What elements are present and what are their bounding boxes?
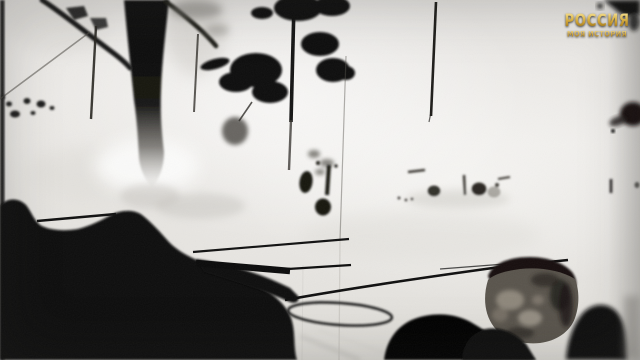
watermark-title: РОССИЯ xyxy=(563,13,631,30)
channel-watermark-logo: РОССИЯ МОЯ ИСТОРИЯ xyxy=(560,13,634,38)
film-grain-overlay xyxy=(0,0,640,360)
watermark-subtitle: МОЯ ИСТОРИЯ xyxy=(562,31,632,39)
video-frame: РОССИЯ МОЯ ИСТОРИЯ xyxy=(0,0,640,360)
archival-footage-art xyxy=(0,0,640,360)
